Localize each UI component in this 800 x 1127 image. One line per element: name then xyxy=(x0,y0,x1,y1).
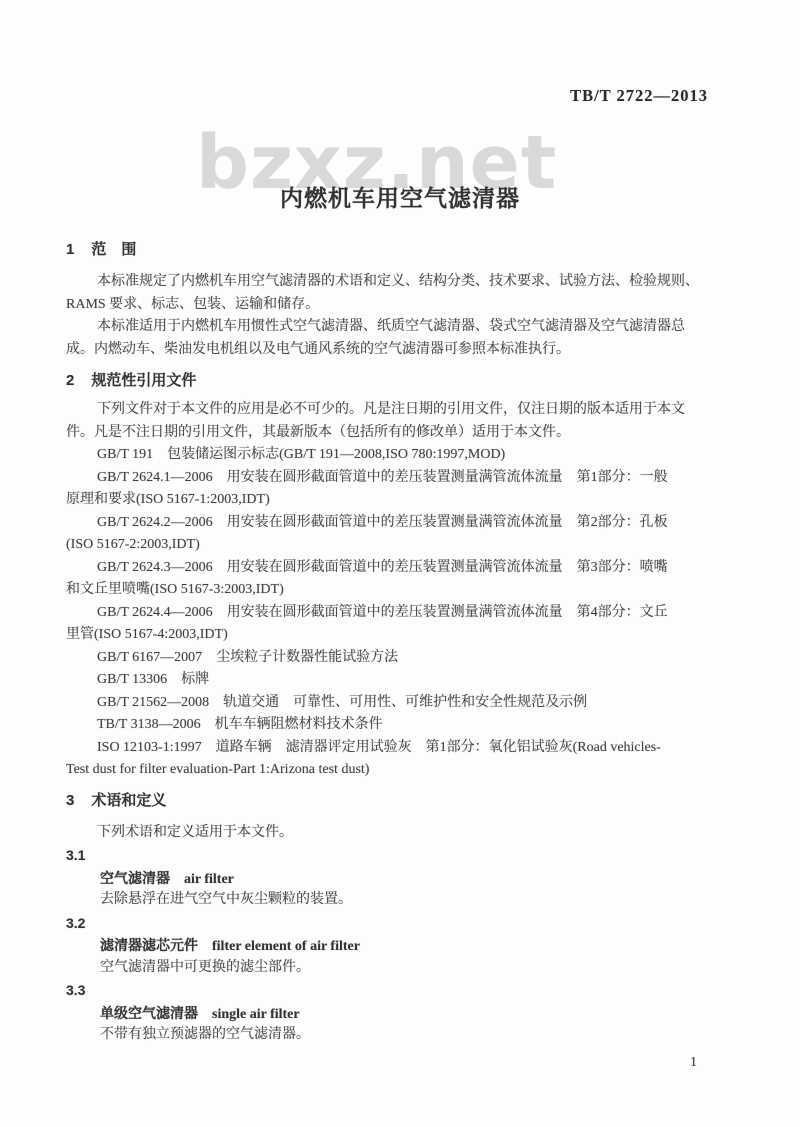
section-1-number: 1 xyxy=(66,241,74,258)
term-definition: 空气滤清器中可更换的滤尘部件。 xyxy=(66,957,718,980)
reference-item: GB/T 2624.2—2006 用安装在圆形截面管道中的差压装置测量满管流体流… xyxy=(66,512,718,535)
reference-item: GB/T 6167—2007 尘埃粒子计数器性能试验方法 xyxy=(66,647,718,670)
scope-paragraph-line: 成。内燃动车、柴油发电机组以及电气通风系统的空气滤清器可参照本标准执行。 xyxy=(66,339,718,362)
term-name-en: filter element of air filter xyxy=(212,939,360,954)
term-name: 空气滤清器air filter xyxy=(66,867,718,890)
references-intro-line: 下列文件对于本文件的应用是必不可少的。凡是注日期的引用文件，仅注日期的版本适用于… xyxy=(66,399,718,422)
reference-item: GB/T 191 包装储运图示标志(GB/T 191—2008,ISO 780:… xyxy=(66,444,718,467)
term-name: 滤清器滤芯元件filter element of air filter xyxy=(66,934,718,957)
reference-item-continuation: (ISO 5167-2:2003,IDT) xyxy=(66,534,718,557)
reference-item-continuation: 原理和要求(ISO 5167-1:2003,IDT) xyxy=(66,489,718,512)
scope-paragraph-line: 本标准适用于内燃机车用惯性式空气滤清器、纸质空气滤清器、袋式空气滤清器及空气滤清… xyxy=(66,316,718,339)
reference-item: GB/T 2624.3—2006 用安装在圆形截面管道中的差压装置测量满管流体流… xyxy=(66,557,718,580)
reference-item: GB/T 21562—2008 轨道交通 可靠性、可用性、可维护性和安全性规范及… xyxy=(66,692,718,715)
reference-item: GB/T 13306 标牌 xyxy=(66,669,718,692)
term-name: 单级空气滤清器single air filter xyxy=(66,1002,718,1025)
term-number: 3.2 xyxy=(66,912,718,935)
section-3-heading: 3术语和定义 xyxy=(66,791,718,811)
section-3-title: 术语和定义 xyxy=(91,792,166,809)
section-1-title: 范 围 xyxy=(91,241,136,258)
term-name-zh: 滤清器滤芯元件 xyxy=(100,937,198,953)
terms-intro: 下列术语和定义适用于本文件。 xyxy=(66,822,718,845)
term-definition: 去除悬浮在进气空气中灰尘颗粒的装置。 xyxy=(66,889,718,912)
section-1-heading: 1范 围 xyxy=(66,240,718,260)
scope-paragraph-line: RAMS 要求、标志、包装、运输和储存。 xyxy=(66,294,718,317)
reference-item: ISO 12103-1:1997 道路车辆 滤清器评定用试验灰 第1部分：氧化铝… xyxy=(66,737,718,760)
section-2-number: 2 xyxy=(66,372,74,389)
section-2-title: 规范性引用文件 xyxy=(91,372,196,389)
standard-code: TB/T 2722—2013 xyxy=(570,86,708,106)
reference-item-continuation: 里管(ISO 5167-4:2003,IDT) xyxy=(66,624,718,647)
section-3-number: 3 xyxy=(66,792,74,809)
reference-item-continuation: Test dust for filter evaluation-Part 1:A… xyxy=(66,759,718,782)
term-name-en: single air filter xyxy=(212,1007,300,1022)
term-name-zh: 空气滤清器 xyxy=(100,870,170,886)
document-page: TB/T 2722—2013 bzxz.net 内燃机车用空气滤清器 1范 围 … xyxy=(0,0,800,1127)
section-2-heading: 2规范性引用文件 xyxy=(66,371,718,391)
scope-paragraph-line: 本标准规定了内燃机车用空气滤清器的术语和定义、结构分类、技术要求、试验方法、检验… xyxy=(66,271,718,294)
term-name-en: air filter xyxy=(184,872,234,887)
reference-item: GB/T 2624.4—2006 用安装在圆形截面管道中的差压装置测量满管流体流… xyxy=(66,602,718,625)
term-number: 3.3 xyxy=(66,979,718,1002)
page-number: 1 xyxy=(690,1055,697,1071)
term-number: 3.1 xyxy=(66,844,718,867)
document-body: 1范 围 本标准规定了内燃机车用空气滤清器的术语和定义、结构分类、技术要求、试验… xyxy=(66,240,718,1047)
references-intro-line: 件。凡是不注日期的引用文件，其最新版本（包括所有的修改单）适用于本文件。 xyxy=(66,422,718,445)
reference-item: TB/T 3138—2006 机车车辆阻燃材料技术条件 xyxy=(66,714,718,737)
term-definition: 不带有独立预滤器的空气滤清器。 xyxy=(66,1024,718,1047)
term-name-zh: 单级空气滤清器 xyxy=(100,1005,198,1021)
reference-item-continuation: 和文丘里喷嘴(ISO 5167-3:2003,IDT) xyxy=(66,579,718,602)
page-title: 内燃机车用空气滤清器 xyxy=(0,180,800,213)
reference-item: GB/T 2624.1—2006 用安装在圆形截面管道中的差压装置测量满管流体流… xyxy=(66,467,718,490)
